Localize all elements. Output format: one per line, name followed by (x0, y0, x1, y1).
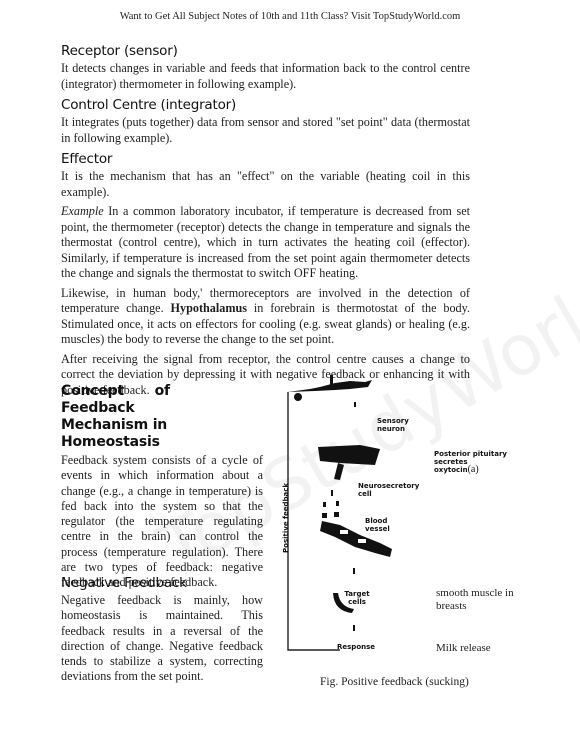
label-sensory-neuron: Sensory neuron (377, 417, 417, 433)
concept-text: Feedback system consists of a cycle of e… (61, 453, 263, 591)
positive-feedback-axis-label: Positive feedback (282, 483, 290, 553)
section-concept: Concept of Feedback Mechanism in Homeost… (61, 383, 263, 591)
feedback-diagram-illustration (280, 375, 570, 705)
footer-page-number (558, 741, 560, 748)
example-paragraph: Example In a common laboratory incubator… (61, 204, 470, 282)
negative-feedback-text: Negative feedback is mainly, how homeost… (61, 593, 263, 685)
positive-feedback-figure: Positive feedback Sensory neuron Posteri… (280, 375, 570, 705)
label-milk-release: Milk release (436, 642, 491, 655)
concept-heading-line2: Mechanism in Homeostasis (61, 417, 263, 451)
label-response: Response (337, 643, 375, 651)
effector-text: It is the mechanism that has an "effect"… (61, 169, 470, 200)
effector-heading: Effector (61, 151, 470, 167)
site-banner[interactable]: Want to Get All Subject Notes of 10th an… (0, 11, 580, 22)
section-effector: Effector It is the mechanism that has an… (61, 151, 470, 398)
label-suffix: (a) (468, 464, 479, 475)
label-neurosecretory-cell: Neurosecretory cell (358, 482, 428, 498)
negative-feedback-heading: Negative Feedback (61, 575, 263, 591)
section-negative-feedback: Negative Feedback Negative feedback is m… (61, 575, 263, 685)
control-centre-text: It integrates (puts together) data from … (61, 115, 470, 146)
likewise-paragraph: Likewise, in human body,' thermoreceptor… (61, 286, 470, 348)
footer-url (15, 742, 17, 749)
control-centre-heading: Control Centre (integrator) (61, 97, 470, 113)
label-posterior-pituitary: Posterior pituitary secretes oxytocin(a) (434, 450, 514, 474)
concept-heading-line1: Concept of Feedback (61, 383, 263, 417)
example-label: Example (61, 204, 104, 218)
label-target-cells: Target cells (343, 590, 371, 606)
label-smooth-muscle: smooth muscle in breasts (436, 587, 526, 613)
figure-caption: Fig. Positive feedback (sucking) (320, 676, 469, 688)
receptor-heading: Receptor (sensor) (61, 43, 470, 59)
example-text: In a common laboratory incubator, if tem… (61, 204, 470, 280)
concept-heading-text: Concept of Feedback (61, 383, 263, 417)
receptor-text: It detects changes in variable and feeds… (61, 61, 470, 92)
hypothalamus-term: Hypothalamus (171, 301, 248, 315)
label-blood-vessel: Blood vessel (365, 517, 395, 533)
section-control-centre: Control Centre (integrator) It integrate… (61, 97, 470, 146)
section-receptor: Receptor (sensor) It detects changes in … (61, 43, 470, 92)
